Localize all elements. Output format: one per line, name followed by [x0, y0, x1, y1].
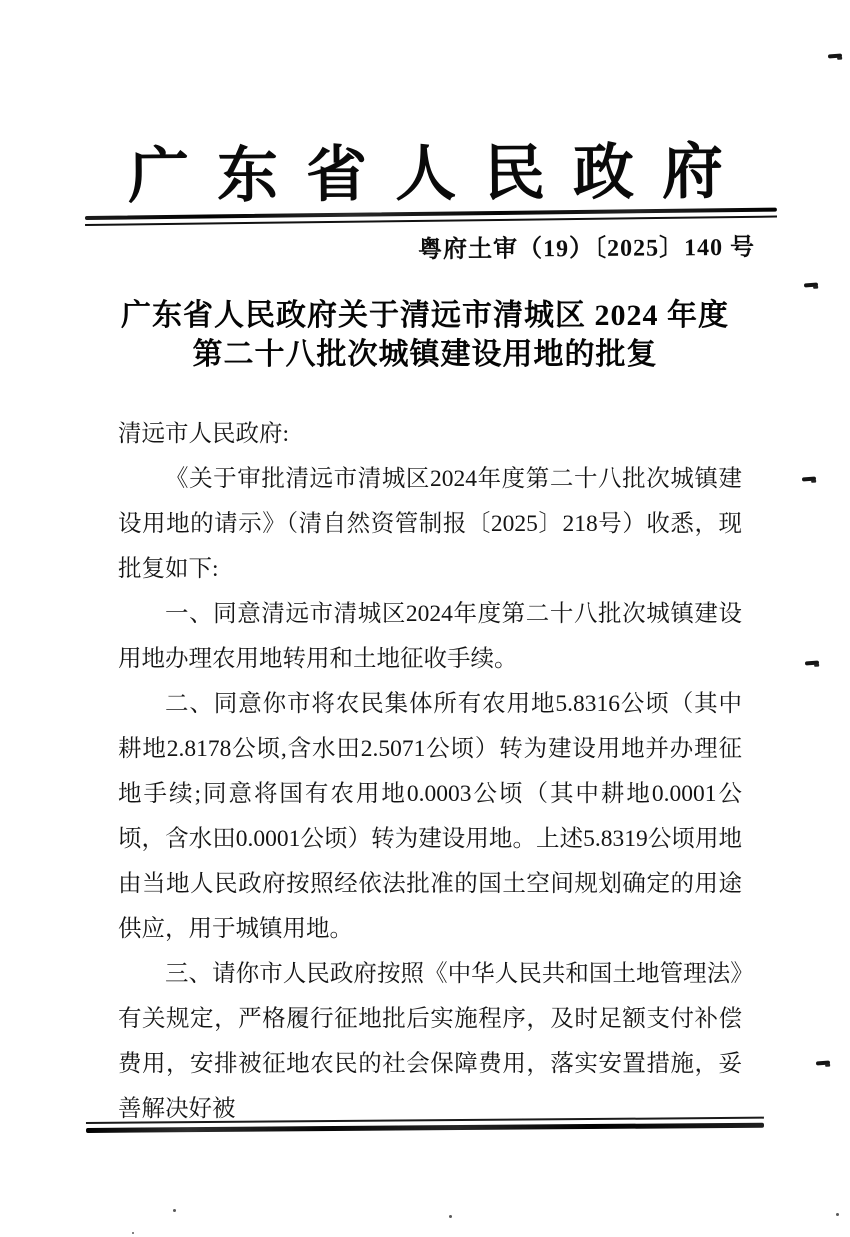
paragraph-item-3: 三、请你市人民政府按照《中华人民共和国土地管理法》有关规定，严格履行征地批后实施…	[118, 952, 742, 1132]
scan-mark	[802, 477, 816, 482]
document-title: 广东省人民政府关于清远市清城区 2024 年度 第二十八批次城镇建设用地的批复	[0, 296, 850, 374]
scan-mark	[828, 54, 842, 59]
scan-speck	[449, 1215, 452, 1218]
scan-mark	[805, 661, 819, 666]
scan-speck	[173, 1209, 176, 1212]
paragraph-item-1: 一、同意清远市清城区2024年度第二十八批次城镇建设用地办理农用地转用和土地征收…	[118, 592, 742, 682]
document-body: 清远市人民政府: 《关于审批清远市清城区2024年度第二十八批次城镇建设用地的请…	[118, 412, 742, 1132]
scan-speck	[132, 1232, 134, 1234]
issuing-authority-masthead: 广东省人民政府	[128, 123, 769, 215]
salutation-line: 清远市人民政府:	[118, 412, 742, 457]
scan-mark	[804, 283, 818, 288]
document-title-line1: 广东省人民政府关于清远市清城区 2024 年度	[0, 296, 850, 335]
paragraph-item-2: 二、同意你市将农民集体所有农用地5.8316公顷（其中耕地2.8178公顷,含水…	[118, 682, 742, 952]
document-reference-number: 粤府土审（19）〔2025〕140 号	[418, 227, 755, 264]
scanned-document-page: 广东省人民政府 粤府土审（19）〔2025〕140 号 广东省人民政府关于清远市…	[0, 0, 850, 1237]
scan-speck	[836, 1213, 839, 1216]
scan-mark	[816, 1061, 830, 1066]
document-title-line2: 第二十八批次城镇建设用地的批复	[0, 335, 850, 374]
paragraph-request-acknowledged: 《关于审批清远市清城区2024年度第二十八批次城镇建设用地的请示》（清自然资管制…	[118, 457, 742, 592]
